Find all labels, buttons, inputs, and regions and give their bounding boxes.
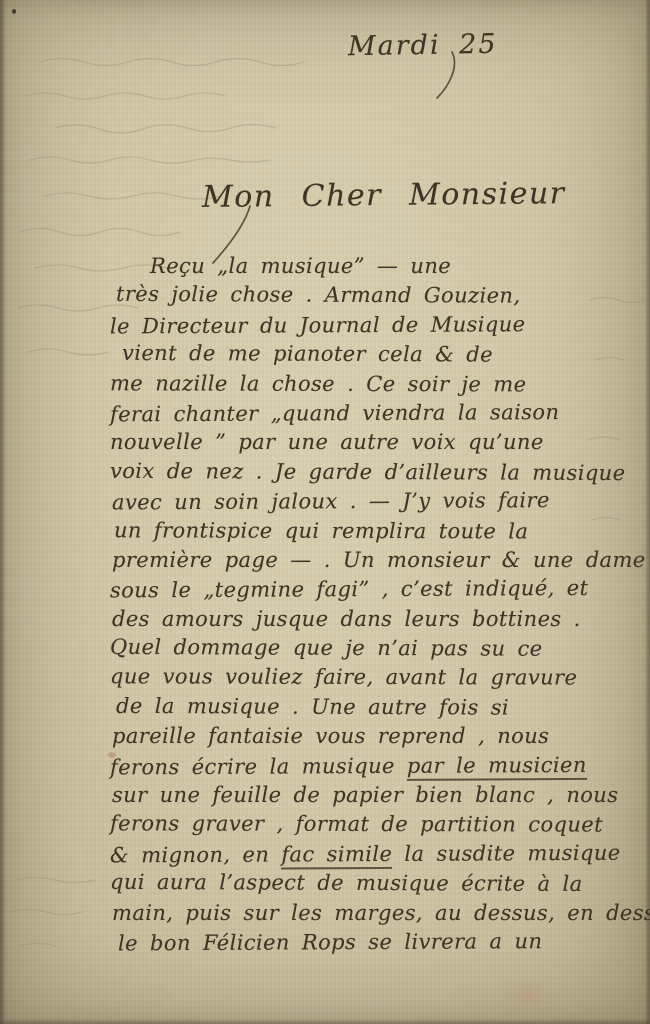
ink-flourishes (0, 0, 650, 1024)
salutation-pen-stroke (213, 206, 250, 263)
date-numeral-tail-stroke (437, 52, 454, 98)
letter-page: Mardi 25 Mon Cher Monsieur Reçu „la musi… (0, 0, 650, 1024)
